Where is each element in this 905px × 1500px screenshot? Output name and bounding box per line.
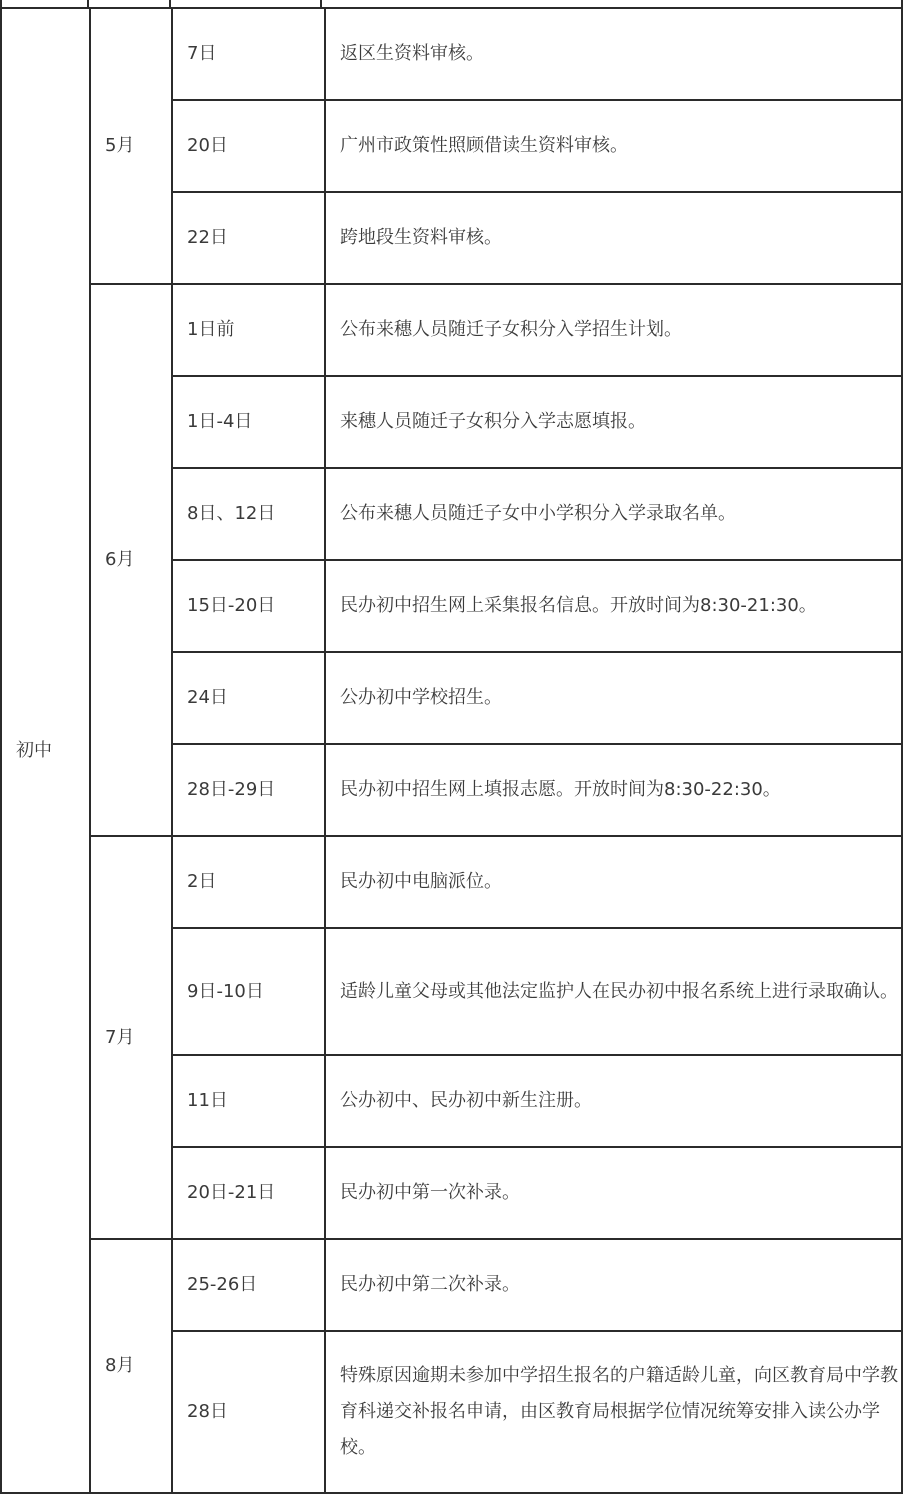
description-cell: 跨地段生资料审核。 xyxy=(325,192,902,284)
description-cell: 返区生资料审核。 xyxy=(325,8,902,100)
month-cell: 5月 xyxy=(90,8,172,284)
table-row: 初中5月7日返区生资料审核。 xyxy=(1,8,902,100)
date-cell: 20日 xyxy=(172,100,325,192)
description-cell: 民办初中招生网上填报志愿。开放时间为8:30-22:30。 xyxy=(325,744,902,836)
date-cell: 15日-20日 xyxy=(172,560,325,652)
schedule-table-body: 初中5月7日返区生资料审核。20日广州市政策性照顾借读生资料审核。22日跨地段生… xyxy=(1,8,902,1493)
description-cell: 民办初中电脑派位。 xyxy=(325,836,902,928)
date-cell: 2日 xyxy=(172,836,325,928)
description-cell: 民办初中第二次补录。 xyxy=(325,1239,902,1331)
date-cell: 28日 xyxy=(172,1331,325,1493)
description-cell: 广州市政策性照顾借读生资料审核。 xyxy=(325,100,902,192)
table-row: 6月1日前公布来穗人员随迁子女积分入学招生计划。 xyxy=(1,284,902,376)
month-cell: 8月 xyxy=(90,1239,172,1493)
description-cell: 民办初中第一次补录。 xyxy=(325,1147,902,1239)
description-cell: 特殊原因逾期未参加中学招生报名的户籍适龄儿童，向区教育局中学教育科递交补报名申请… xyxy=(325,1331,902,1493)
description-cell: 民办初中招生网上采集报名信息。开放时间为8:30-21:30。 xyxy=(325,560,902,652)
date-cell: 7日 xyxy=(172,8,325,100)
table-row: 7月2日民办初中电脑派位。 xyxy=(1,836,902,928)
description-cell: 公办初中学校招生。 xyxy=(325,652,902,744)
date-cell: 1日-4日 xyxy=(172,376,325,468)
enrollment-schedule-table: 初中5月7日返区生资料审核。20日广州市政策性照顾借读生资料审核。22日跨地段生… xyxy=(0,7,903,1494)
date-cell: 1日前 xyxy=(172,284,325,376)
description-cell: 公布来穗人员随迁子女中小学积分入学录取名单。 xyxy=(325,468,902,560)
description-cell: 来穗人员随迁子女积分入学志愿填报。 xyxy=(325,376,902,468)
date-cell: 22日 xyxy=(172,192,325,284)
date-cell: 11日 xyxy=(172,1055,325,1147)
month-cell: 7月 xyxy=(90,836,172,1239)
description-cell: 公布来穗人员随迁子女积分入学招生计划。 xyxy=(325,284,902,376)
date-cell: 9日-10日 xyxy=(172,928,325,1055)
description-cell: 适龄儿童父母或其他法定监护人在民办初中报名系统上进行录取确认。 xyxy=(325,928,902,1055)
table-row: 8月25-26日民办初中第二次补录。 xyxy=(1,1239,902,1331)
stage-cell: 初中 xyxy=(1,8,90,1493)
date-cell: 25-26日 xyxy=(172,1239,325,1331)
month-cell: 6月 xyxy=(90,284,172,836)
date-cell: 8日、12日 xyxy=(172,468,325,560)
date-cell: 28日-29日 xyxy=(172,744,325,836)
date-cell: 24日 xyxy=(172,652,325,744)
description-cell: 公办初中、民办初中新生注册。 xyxy=(325,1055,902,1147)
date-cell: 20日-21日 xyxy=(172,1147,325,1239)
